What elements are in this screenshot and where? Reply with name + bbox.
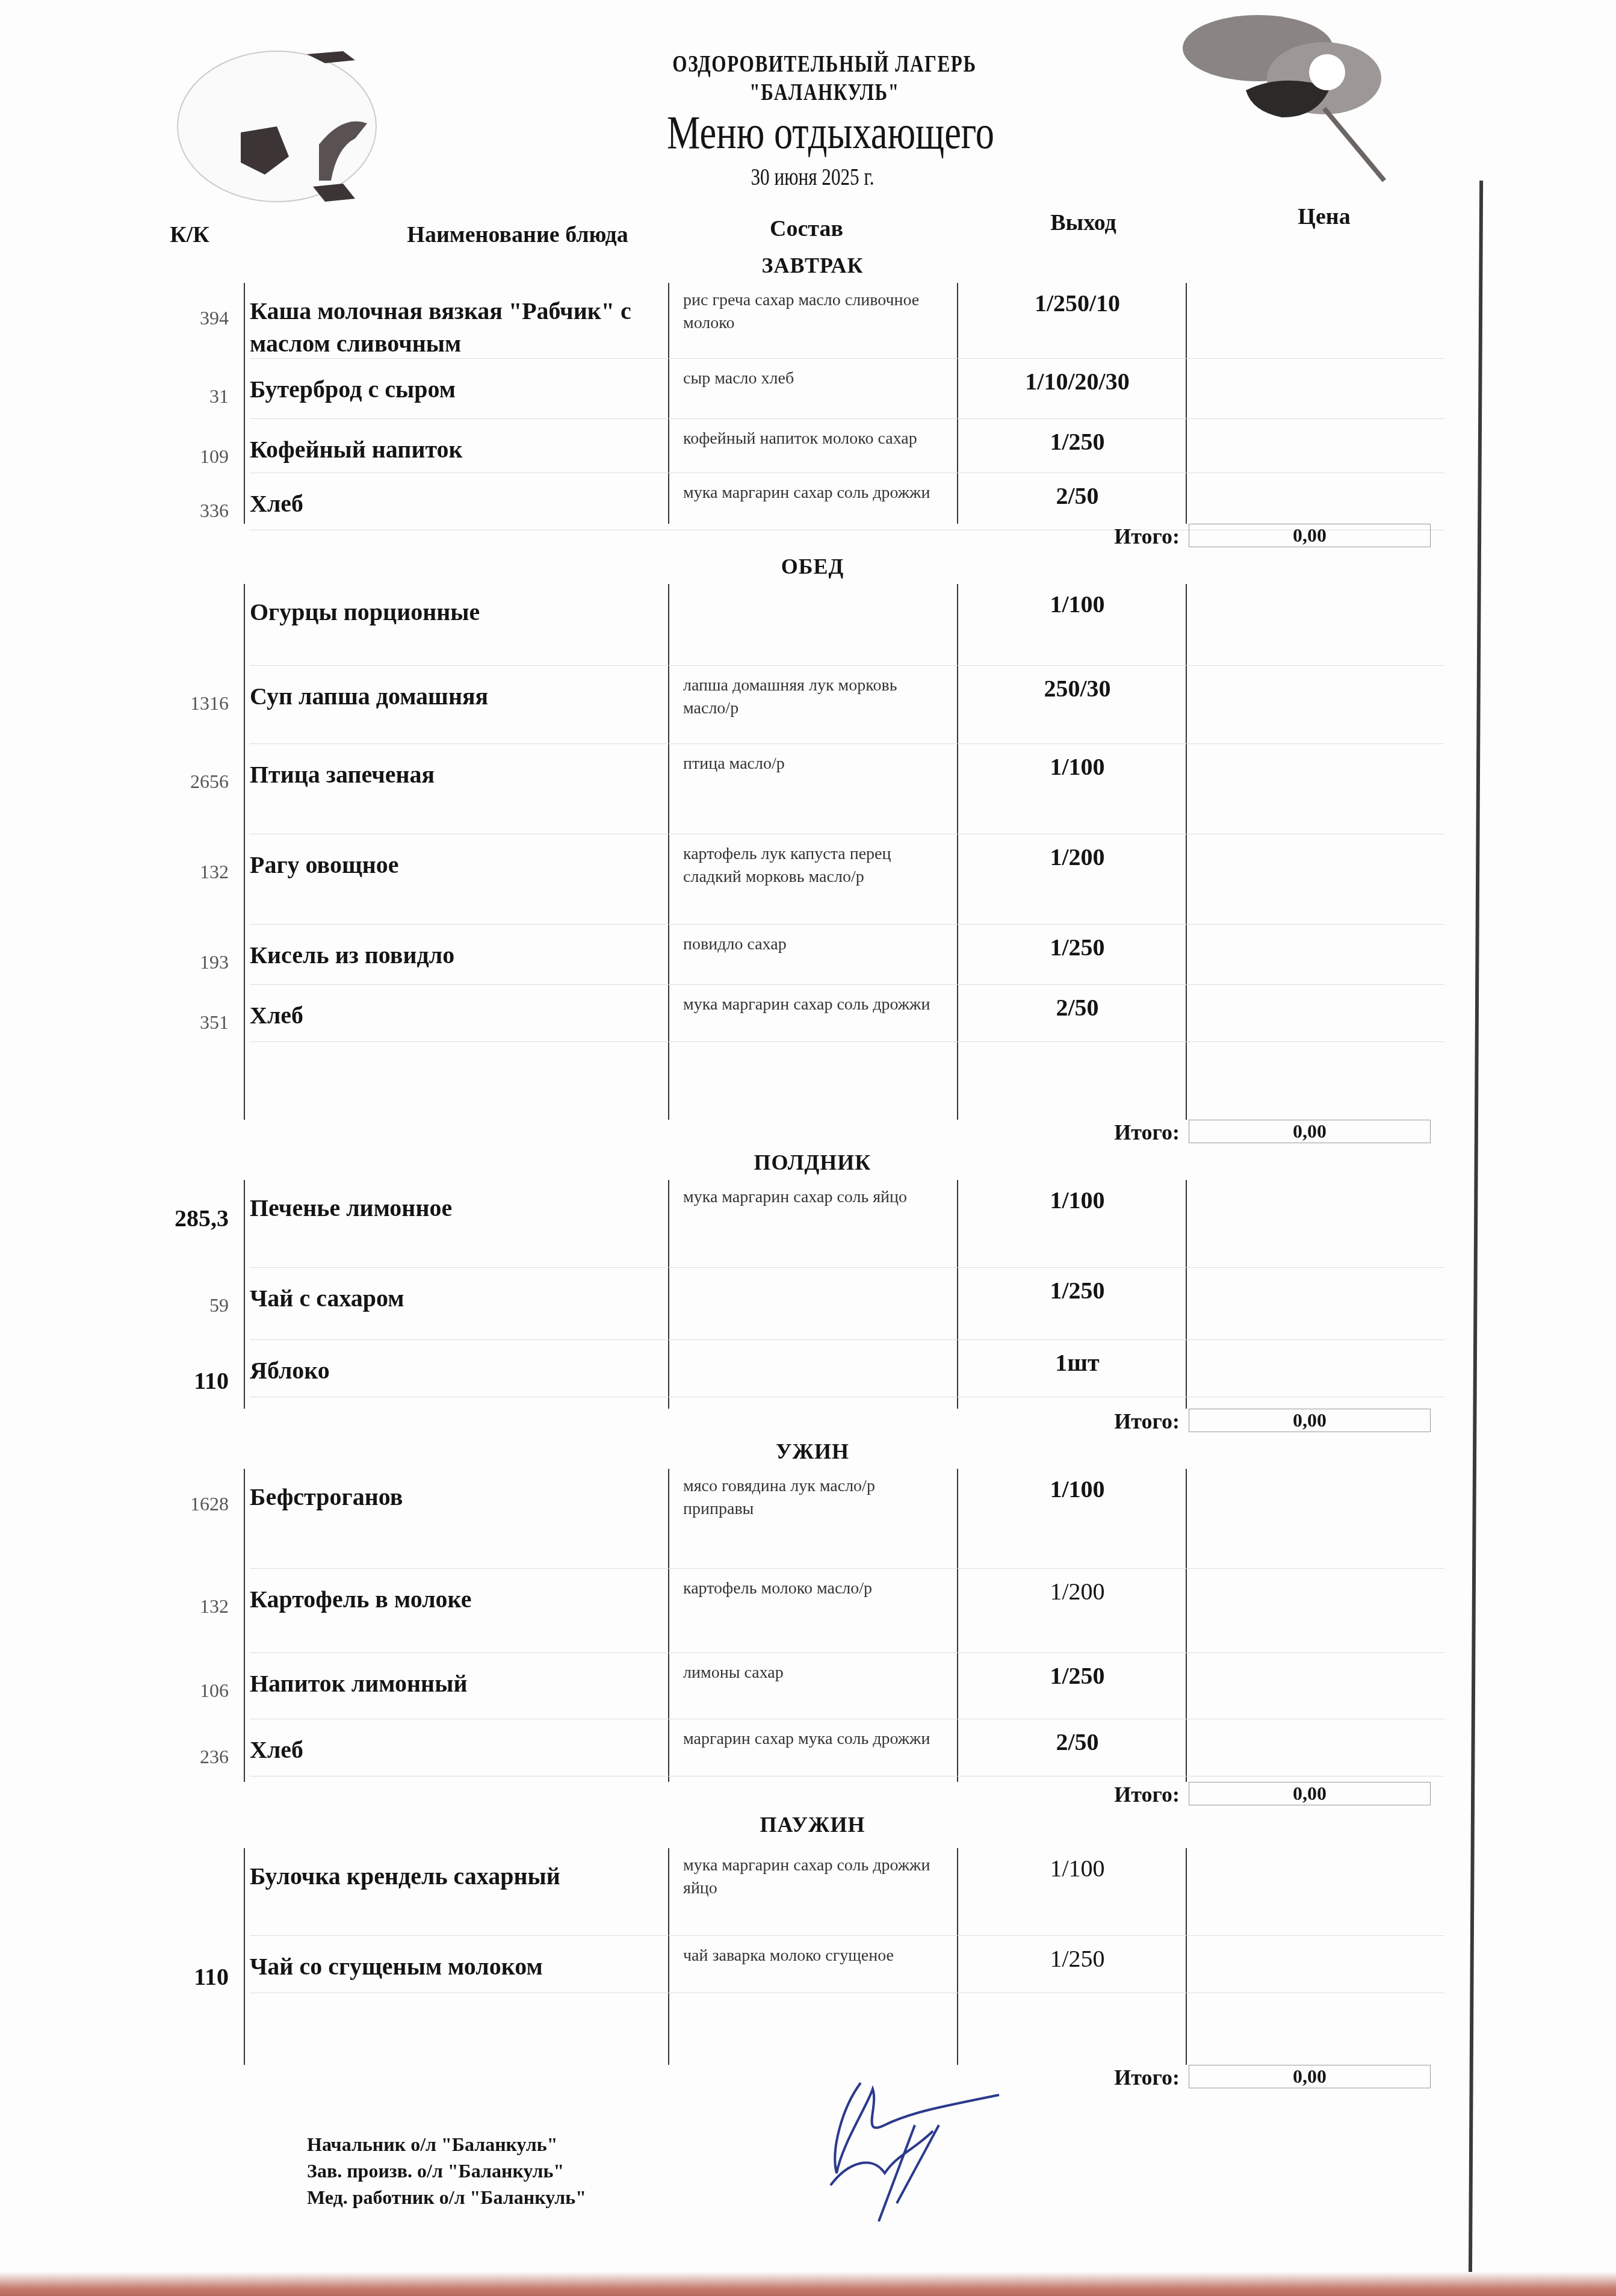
dish-price [1192,433,1432,458]
row-divider [250,1041,1444,1042]
dish-price [1192,680,1432,704]
column-divider [957,1469,958,1782]
dish-output: 1/250 [963,1276,1192,1305]
column-divider [244,1180,245,1409]
dish-price [1192,1282,1432,1306]
column-header-price: Цена [1204,181,1444,253]
dish-price [1192,849,1432,873]
dish-name: Хлеб [250,999,647,1032]
dish-composition: рис греча сахар масло сливочное молоко [683,289,948,335]
row-divider [250,984,1444,985]
dish-code: 336 [144,500,229,522]
dish-name: Каша молочная вязкая "Рабчик" с маслом с… [250,295,647,360]
signature-line-medic: Мед. работник о/л "Баланкуль" [307,2184,586,2211]
dish-price [1192,1354,1432,1379]
dish-composition: мука маргарин сахар соль дрожжи [683,482,948,504]
dish-output: 2/50 [963,993,1192,1022]
column-divider [957,584,958,1120]
dish-output: 1шт [963,1348,1192,1377]
section-title: ПОЛДНИК [674,1150,951,1175]
dish-composition: мука маргарин сахар соль дрожжи яйцо [683,1854,948,1900]
dish-composition: лапша домашняя лук морковь масло/р [683,674,948,720]
dish-name: Рагу овощное [250,849,647,881]
column-header-num: К/К [144,199,235,271]
row-divider [250,1339,1444,1340]
dish-price [1192,1583,1432,1607]
column-divider [668,1848,669,2065]
row-divider [250,1397,1444,1397]
section-title: УЖИН [674,1439,951,1464]
dish-code: 193 [144,951,229,973]
dish-composition: птица масло/р [683,752,948,775]
dish-output: 1/100 [963,590,1192,618]
dish-name: Суп лапша домашняя [250,680,647,713]
dish-price [1192,488,1432,512]
dish-name: Кисель из повидло [250,939,647,972]
column-divider [957,1848,958,2065]
row-divider [250,1267,1444,1268]
dish-name: Чай с сахаром [250,1282,647,1315]
dish-output: 1/100 [963,1186,1192,1214]
row-divider [250,1652,1444,1653]
row-divider [250,418,1444,419]
dish-output: 1/200 [963,843,1192,871]
row-divider [250,1719,1444,1719]
total-label: Итого: [963,524,1180,549]
dish-code: 106 [144,1680,229,1702]
dish-price [1192,1860,1432,1884]
column-divider [244,584,245,1120]
row-divider [250,473,1444,473]
dish-composition: лимоны сахар [683,1661,948,1684]
dish-price [1192,999,1432,1023]
column-divider [668,283,669,524]
dish-composition: мука маргарин сахар соль дрожжи [683,993,948,1016]
dish-composition: маргарин сахар мука соль дрожжи [683,1728,948,1751]
dish-price [1192,1734,1432,1758]
dish-code: 2656 [144,771,229,793]
dish-output: 1/100 [963,1854,1192,1882]
dish-output: 2/50 [963,1728,1192,1756]
row-divider [250,358,1444,359]
dish-name: Бутерброд с сыром [250,373,647,406]
dish-composition: повидло сахар [683,933,948,956]
signature-line-director: Начальник о/л "Баланкуль" [307,2131,586,2158]
dish-code: 1628 [144,1493,229,1515]
dish-name: Чай со сгущеным молоком [250,1950,647,1983]
row-divider [250,1568,1444,1569]
dish-composition: мука маргарин сахар соль яйцо [683,1186,948,1209]
dish-output: 2/50 [963,482,1192,510]
dish-output: 1/100 [963,1475,1192,1503]
dish-name: Огурцы порционные [250,596,647,628]
dish-composition: кофейный напиток молоко сахар [683,427,948,450]
row-divider [250,1776,1444,1776]
dish-composition: сыр масло хлеб [683,367,948,390]
total-value: 0,00 [1189,524,1431,547]
dish-name: Бефстроганов [250,1481,647,1513]
dish-output: 1/250 [963,1944,1192,1973]
dish-name: Булочка крендель сахарный [250,1860,647,1893]
camp-name: ОЗДОРОВИТЕЛЬНЫЙ ЛАГЕРЬ "БАЛАНКУЛЬ" [599,49,1050,106]
total-label: Итого: [963,1409,1180,1434]
page-bottom-edge [0,2272,1616,2296]
dish-code: 351 [144,1011,229,1034]
section-title: ЗАВТРАК [674,253,951,278]
dish-code: 31 [144,385,229,408]
dish-output: 1/100 [963,752,1192,781]
dish-output: 1/250 [963,933,1192,961]
dish-price [1192,1668,1432,1692]
dish-code: 59 [144,1294,229,1317]
dish-composition: картофель молоко масло/р [683,1577,948,1600]
dish-output: 1/250/10 [963,289,1192,317]
column-divider [957,1180,958,1409]
row-divider [250,834,1444,834]
dish-composition: мясо говядина лук масло/р приправы [683,1475,948,1521]
dish-output: 1/250 [963,427,1192,456]
dish-output: 1/250 [963,1661,1192,1690]
dish-code: 110 [144,1962,229,1991]
column-divider [957,283,958,524]
section-title: ПАУЖИН [674,1812,951,1837]
signature-line-production: Зав. произв. о/л "Баланкуль" [307,2158,586,2184]
dish-name: Яблоко [250,1354,647,1387]
dish-code: 236 [144,1746,229,1768]
dish-name: Птица запеченая [250,759,647,791]
dish-price [1192,373,1432,397]
dish-price [1192,1192,1432,1216]
handwritten-signature [794,2071,1005,2227]
cup-saucer-icon [1174,12,1444,187]
row-divider [250,743,1444,744]
dish-code: 394 [144,307,229,329]
dish-price [1192,939,1432,963]
document-date: 30 июня 2025 г. [648,163,977,191]
dish-composition: чай заварка молоко сгущеное [683,1944,948,1967]
dish-price [1192,759,1432,783]
dish-price [1192,295,1432,319]
total-value: 0,00 [1189,1120,1431,1143]
section-title: ОБЕД [674,554,951,579]
dish-name: Хлеб [250,1734,647,1766]
column-divider [668,584,669,1120]
total-value: 0,00 [1189,1782,1431,1805]
signature-block: Начальник о/л "Баланкуль" Зав. произв. о… [307,2131,586,2211]
dish-code: 1316 [144,692,229,715]
total-value: 0,00 [1189,1409,1431,1432]
dish-code: 132 [144,861,229,883]
dish-price [1192,1950,1432,1975]
dish-code: 110 [144,1367,229,1395]
total-value: 0,00 [1189,2065,1431,2088]
column-divider [244,283,245,524]
dish-code: 109 [144,445,229,468]
page-title: Меню отдыхающего [590,105,1071,160]
dish-name: Картофель в молоке [250,1583,647,1616]
dish-output: 1/10/20/30 [963,367,1192,396]
column-divider [244,1848,245,2065]
dish-name: Печенье лимонное [250,1192,647,1224]
column-divider [668,1469,669,1782]
column-divider [668,1180,669,1409]
dish-name: Напиток лимонный [250,1668,647,1700]
dish-price [1192,1481,1432,1505]
row-divider [250,1935,1444,1936]
dish-name: Хлеб [250,488,647,520]
column-header-output: Выход [963,187,1204,259]
total-label: Итого: [963,1782,1180,1807]
row-divider [250,665,1444,666]
dish-code: 132 [144,1595,229,1618]
dish-price [1192,596,1432,620]
row-divider [250,1993,1444,1993]
soccer-ball-icon [175,42,391,211]
dish-output: 1/200 [963,1577,1192,1606]
dish-name: Кофейный напиток [250,433,647,466]
dish-composition: картофель лук капуста перец сладкий морк… [683,843,948,889]
dish-output: 250/30 [963,674,1192,703]
total-label: Итого: [963,1120,1180,1145]
page-edge [1469,181,1483,2288]
row-divider [250,924,1444,925]
dish-code: 285,3 [144,1204,229,1232]
column-divider [244,1469,245,1782]
